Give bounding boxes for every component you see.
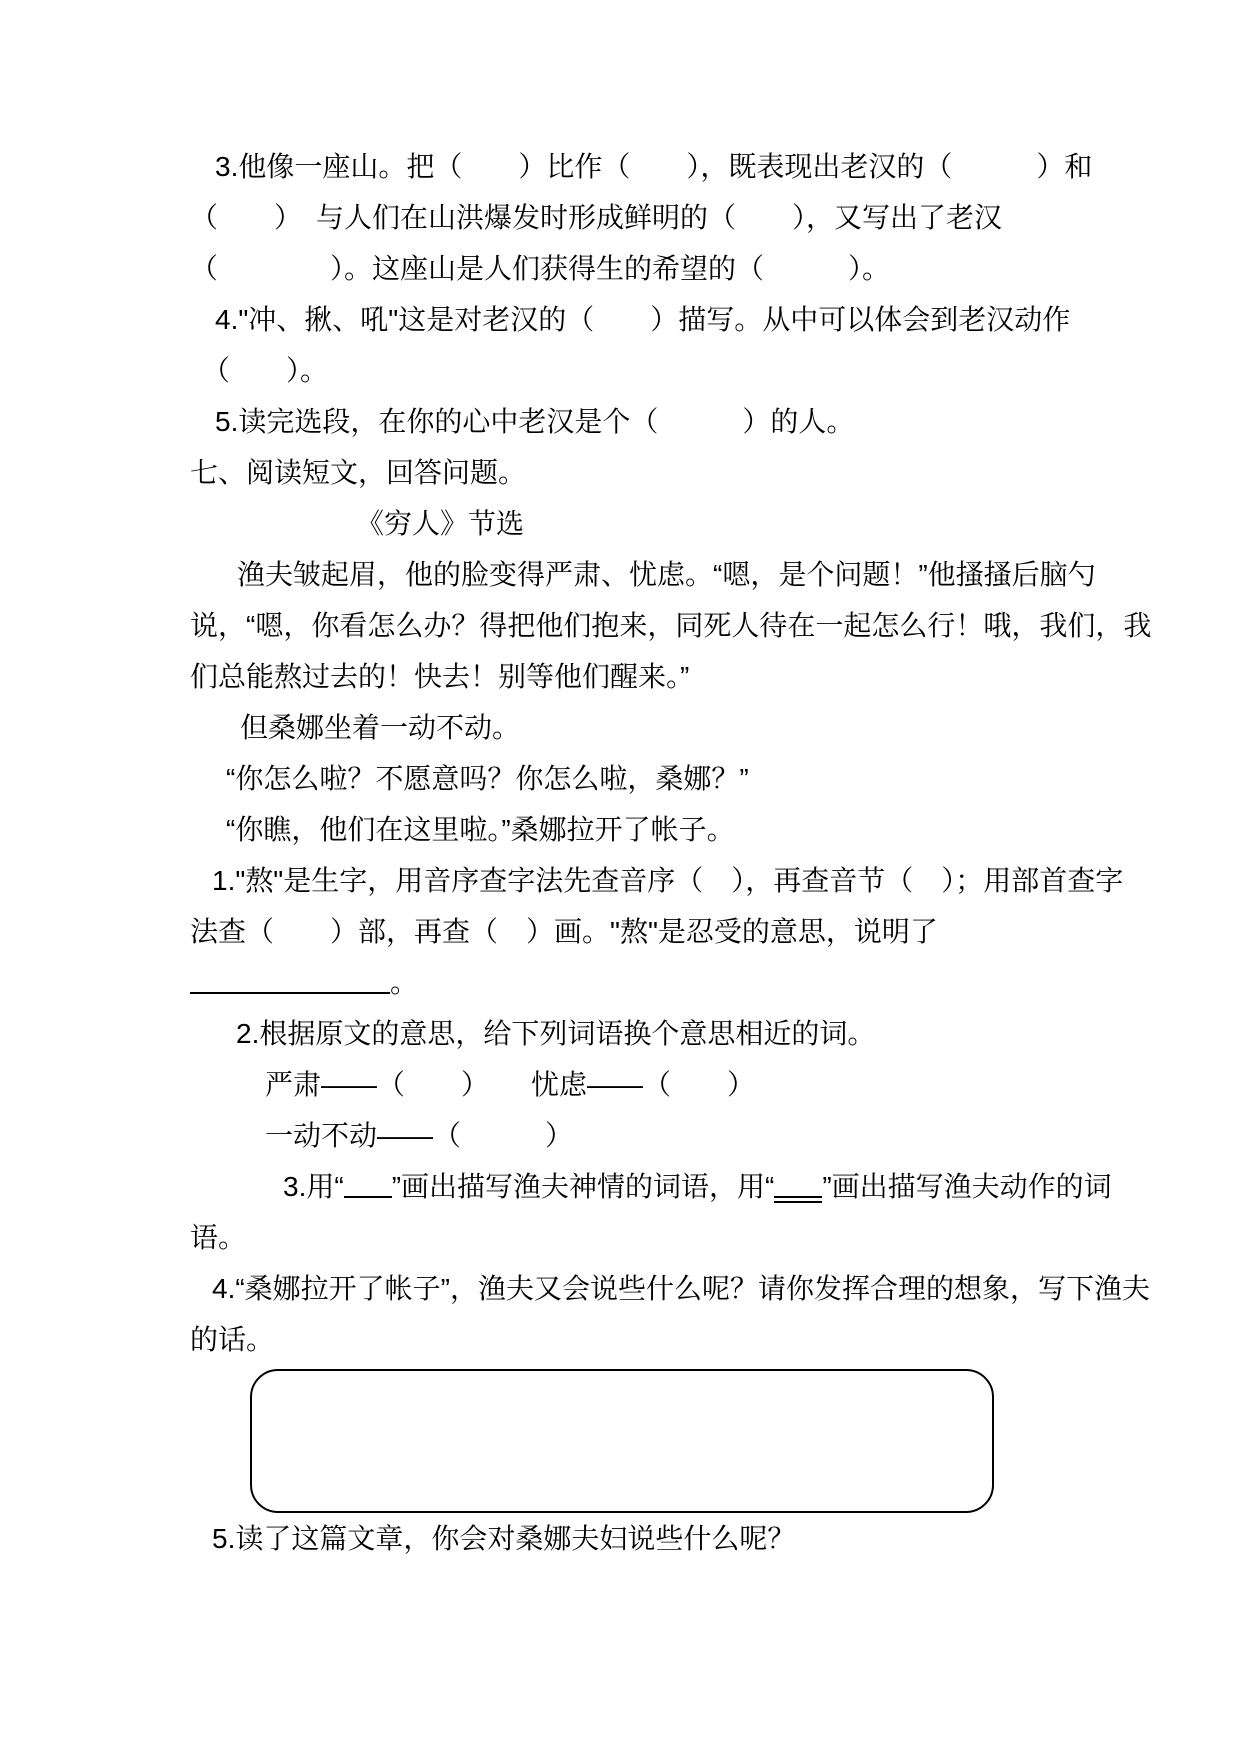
text-run: 3.用“ [283,1171,344,1202]
text-run: 渔夫皱起眉，他的脸变得严肃、忧虑。“嗯，是个问题！”他搔搔后脑勺 [237,559,1096,590]
text-run: ”画出描写渔夫动作的词 [822,1171,1111,1202]
q4-line-1: 4.“桑娜拉开了帐子”，渔夫又会说些什么呢？请你发挥合理的想象，写下渔夫 [190,1263,1151,1314]
q2-pair-line-1: 严肃——（ ） 忧虑——（ ） [190,1059,1151,1110]
text-run: 语。 [190,1222,246,1253]
item3-line-1: 3.他像一座山。把（ ）比作（ ），既表现出老汉的（ ）和 [190,141,1151,192]
text-run: 4."冲、揪、吼"这是对老汉的（ ）描写。从中可以体会到老汉动作 [215,304,1070,335]
text-run: 法查（ ）部，再查（ ）画。"熬"是忍受的意思，说明了 [190,916,938,947]
text-run: 。 [390,967,418,998]
text-run: “你怎么啦？不愿意吗？你怎么啦，桑娜？” [226,763,749,794]
item5-line: 5.读完选段，在你的心中老汉是个（ ）的人。 [190,396,1151,447]
text-run: 5.读了这篇文章，你会对桑娜夫妇说些什么呢？ [212,1523,795,1554]
passage-para3: “你怎么啦？不愿意吗？你怎么啦，桑娜？” [190,753,1151,804]
text-run: 们总能熬过去的！快去！别等他们醒来。” [190,661,689,692]
document-body: 3.他像一座山。把（ ）比作（ ），既表现出老汉的（ ）和（ ） 与人们在山洪爆… [190,141,1151,1564]
text-run: 3.他像一座山。把（ ）比作（ ），既表现出老汉的（ ）和 [215,151,1092,182]
q1-blank-line: 。 [190,957,1151,1008]
text-run: （ ）。 [202,355,328,386]
text-run: 《穷人》节选 [356,508,524,539]
q3-line-1: 3.用“”画出描写渔夫神情的词语，用“”画出描写渔夫动作的词 [190,1161,1151,1212]
q4-line-2: 的话。 [190,1314,1151,1365]
text-run: ”画出描写渔夫神情的词语，用“ [392,1171,775,1202]
text-run: （ ） 与人们在山洪爆发时形成鲜明的（ ），又写出了老汉 [190,202,1002,233]
text-run: 1."熬"是生字，用音序查字法先查音序（ ），再查音节（ ）；用部首查字 [212,865,1123,896]
text-run: “你瞧，他们在这里啦。”桑娜拉开了帐子。 [226,814,735,845]
passage-para2: 但桑娜坐着一动不动。 [190,702,1151,753]
q3-double-underline-mark[interactable] [774,1196,822,1203]
q2-heading: 2.根据原文的意思，给下列词语换个意思相近的词。 [190,1008,1151,1059]
answer-box[interactable] [250,1369,994,1513]
text-run: （ ）。这座山是人们获得生的希望的（ ）。 [190,253,890,284]
text-run: 一动不动——（ ） [265,1120,573,1151]
item4-line-2: （ ）。 [190,345,1151,396]
text-run: 的话。 [190,1324,274,1355]
item3-line-2: （ ） 与人们在山洪爆发时形成鲜明的（ ），又写出了老汉 [190,192,1151,243]
q3-single-underline-mark[interactable] [344,1196,392,1198]
passage-title: 《穷人》节选 [190,498,1151,549]
item4-line-1: 4."冲、揪、吼"这是对老汉的（ ）描写。从中可以体会到老汉动作 [190,294,1151,345]
text-run: 说，“嗯，你看怎么办？得把他们抱来，同死人待在一起怎么行！哦，我们，我 [190,610,1151,641]
q2-pair-line-2: 一动不动——（ ） [190,1110,1151,1161]
passage-para4: “你瞧，他们在这里啦。”桑娜拉开了帐子。 [190,804,1151,855]
text-run: 严肃——（ ） 忧虑——（ ） [265,1069,755,1100]
q1-line-2: 法查（ ）部，再查（ ）画。"熬"是忍受的意思，说明了 [190,906,1151,957]
passage-para1-line3: 们总能熬过去的！快去！别等他们醒来。” [190,651,1151,702]
passage-para1-line1: 渔夫皱起眉，他的脸变得严肃、忧虑。“嗯，是个问题！”他搔搔后脑勺 [190,549,1151,600]
q1-line-1: 1."熬"是生字，用音序查字法先查音序（ ），再查音节（ ）；用部首查字 [190,855,1151,906]
passage-para1-line2: 说，“嗯，你看怎么办？得把他们抱来，同死人待在一起怎么行！哦，我们，我 [190,600,1151,651]
q1-answer-blank[interactable] [190,992,390,994]
text-run: 5.读完选段，在你的心中老汉是个（ ）的人。 [215,406,854,437]
text-run: 七、阅读短文，回答问题。 [190,457,526,488]
text-run: 4.“桑娜拉开了帐子”，渔夫又会说些什么呢？请你发挥合理的想象，写下渔夫 [212,1273,1150,1304]
text-run: 但桑娜坐着一动不动。 [240,712,520,743]
text-run: 2.根据原文的意思，给下列词语换个意思相近的词。 [236,1018,875,1049]
document-page: 3.他像一座山。把（ ）比作（ ），既表现出老汉的（ ）和（ ） 与人们在山洪爆… [0,0,1241,1754]
q5-line: 5.读了这篇文章，你会对桑娜夫妇说些什么呢？ [190,1513,1151,1564]
q3-line-2: 语。 [190,1212,1151,1263]
section-7-heading: 七、阅读短文，回答问题。 [190,447,1151,498]
item3-line-3: （ ）。这座山是人们获得生的希望的（ ）。 [190,243,1151,294]
